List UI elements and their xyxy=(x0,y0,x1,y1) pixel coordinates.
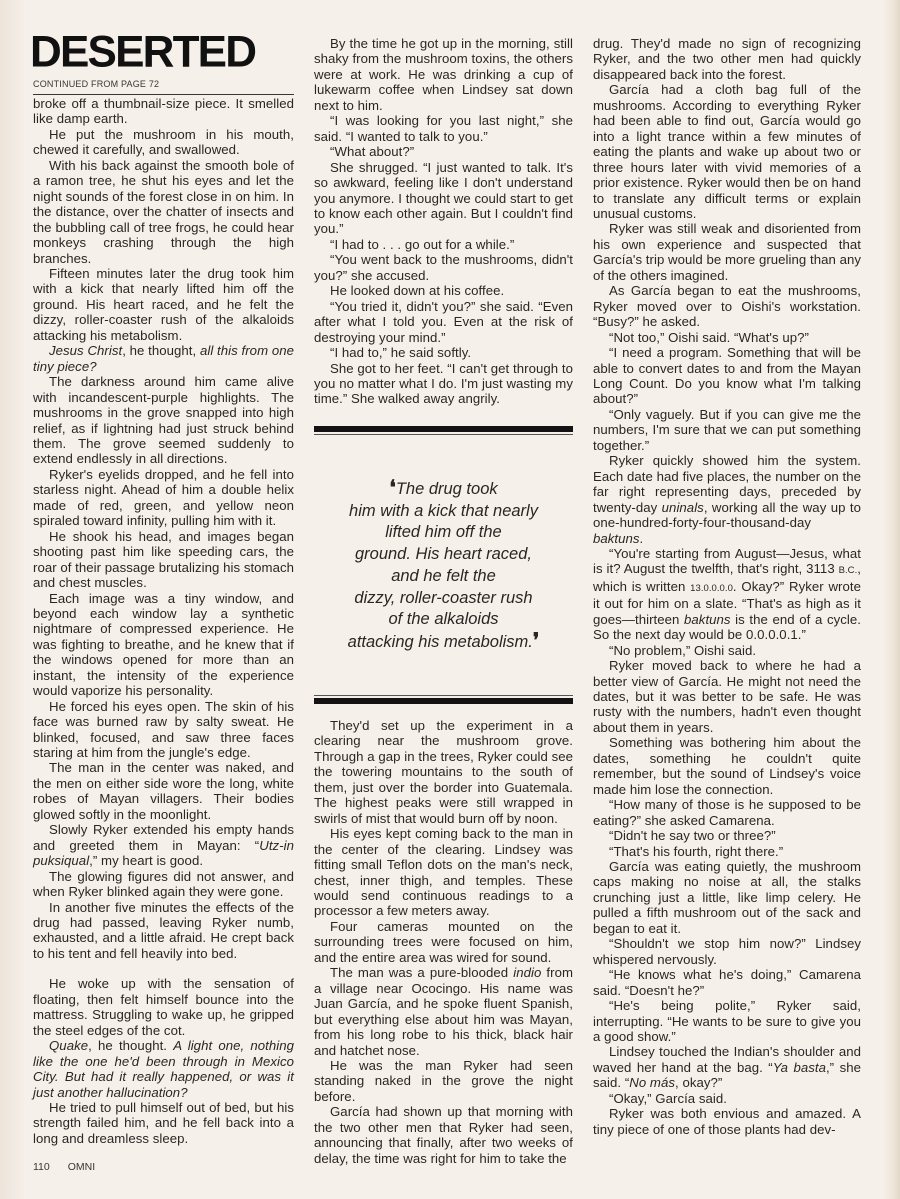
paragraph: By the time he got up in the morning, st… xyxy=(314,36,573,113)
paragraph: The glowing figures did not answer, and … xyxy=(33,869,294,900)
paragraph: “Okay,” García said. xyxy=(593,1091,861,1106)
paragraph: García was eating quietly, the mushroom … xyxy=(593,859,861,936)
paragraph: García had shown up that morning with th… xyxy=(314,1104,573,1166)
article-column-2-top: By the time he got up in the morning, st… xyxy=(314,36,573,407)
paragraph: Ryker's eyelids dropped, and he fell int… xyxy=(33,467,294,529)
paragraph: “No problem,” Oishi said. xyxy=(593,643,861,658)
page-number: 110 xyxy=(33,1161,50,1173)
paragraph: Quake, he thought. A light one, nothing … xyxy=(33,1038,294,1100)
paragraph: “That's his fourth, right there.” xyxy=(593,844,861,859)
close-quote-mark-icon: ❜ xyxy=(533,630,539,652)
pullquote: ❛The drug took him with a kick that near… xyxy=(314,478,573,654)
page-footer: 110OMNI xyxy=(33,1161,113,1173)
paragraph: Slowly Ryker extended his empty hands an… xyxy=(33,822,294,868)
paragraph: Ryker was still weak and disoriented fro… xyxy=(593,221,861,283)
paragraph: She shrugged. “I just wanted to talk. It… xyxy=(314,160,573,237)
italic-word: baktuns xyxy=(684,612,731,627)
paragraph: “I had to,” he said softly. xyxy=(314,345,573,360)
paragraph: Jesus Christ, he thought, all this from … xyxy=(33,343,294,374)
small-caps-era: B.C. xyxy=(839,565,858,576)
paragraph: “You tried it, didn't you?” she said. “E… xyxy=(314,299,573,345)
paragraph: “He's being polite,” Ryker said, interru… xyxy=(593,998,861,1044)
page-gutter-shadow xyxy=(0,0,26,1199)
paragraph: He woke up with the sensation of floatin… xyxy=(33,976,294,1038)
paragraph: Four cameras mounted on the surrounding … xyxy=(314,919,573,965)
italic-word: uninals xyxy=(662,500,704,515)
paragraph: García had a cloth bag full of the mushr… xyxy=(593,82,861,221)
article-column-3: drug. They'd made no sign of recognizing… xyxy=(593,36,861,1137)
italic-word: indio xyxy=(513,965,541,980)
paragraph: drug. They'd made no sign of recognizing… xyxy=(593,36,861,82)
paragraph: His eyes kept coming back to the man in … xyxy=(314,826,573,919)
italic-thought: Jesus Christ xyxy=(49,343,122,358)
paragraph: He forced his eyes open. The skin of his… xyxy=(33,699,294,761)
article-column-2-bottom: They'd set up the experiment in a cleari… xyxy=(314,718,573,1166)
pullquote-top-rule xyxy=(314,426,573,435)
paragraph: As García began to eat the mushrooms, Ry… xyxy=(593,283,861,329)
italic-word: baktuns xyxy=(593,531,640,546)
title-divider xyxy=(33,94,294,95)
paragraph: The man in the center was naked, and the… xyxy=(33,760,294,822)
italic-spanish: No más xyxy=(629,1075,675,1090)
paragraph: “You're starting from August—Jesus, what… xyxy=(593,546,861,643)
paragraph: He tried to pull himself out of bed, but… xyxy=(33,1100,294,1146)
paragraph: “Didn't he say two or three?” xyxy=(593,828,861,843)
paragraph: “Only vaguely. But if you can give me th… xyxy=(593,407,861,453)
paragraph: “How many of those is he supposed to be … xyxy=(593,797,861,828)
italic-spanish: Ya basta xyxy=(773,1060,826,1075)
long-count-date: 13.0.0.0.0 xyxy=(690,583,733,594)
magazine-name: OMNI xyxy=(68,1161,95,1173)
paragraph: “Not too,” Oishi said. “What's up?” xyxy=(593,330,861,345)
paragraph: Lindsey touched the Indian's shoulder an… xyxy=(593,1044,861,1090)
article-column-1: broke off a thumbnail-size piece. It sme… xyxy=(33,96,294,1146)
paragraph: The man was a pure-blooded indio from a … xyxy=(314,965,573,1058)
paragraph: “You went back to the mushrooms, didn't … xyxy=(314,252,573,283)
paragraph: Ryker was both envious and amazed. A tin… xyxy=(593,1106,861,1137)
paragraph: He was the man Ryker had seen standing n… xyxy=(314,1058,573,1104)
paragraph: “I was looking for you last night,” she … xyxy=(314,113,573,144)
italic-thought: Quake xyxy=(49,1038,88,1053)
paragraph: With his back against the smooth bole of… xyxy=(33,158,294,266)
paragraph: She got to her feet. “I can't get throug… xyxy=(314,361,573,407)
pullquote-bottom-rule xyxy=(314,695,573,704)
paragraph: The darkness around him came alive with … xyxy=(33,374,294,467)
paragraph: In another five minutes the effects of t… xyxy=(33,900,294,962)
paragraph: They'd set up the experiment in a cleari… xyxy=(314,718,573,826)
paragraph: “I need a program. Something that will b… xyxy=(593,345,861,407)
paragraph: broke off a thumbnail-size piece. It sme… xyxy=(33,96,294,127)
paragraph: Each image was a tiny window, and beyond… xyxy=(33,591,294,699)
paragraph: Ryker quickly showed him the system. Eac… xyxy=(593,453,861,546)
paragraph: “What about?” xyxy=(314,144,573,159)
paragraph: Ryker moved back to where he had a bette… xyxy=(593,658,861,735)
continued-from-label: CONTINUED FROM PAGE 72 xyxy=(33,79,159,89)
paragraph: He shook his head, and images began shoo… xyxy=(33,529,294,591)
paragraph: Something was bothering him about the da… xyxy=(593,735,861,797)
paragraph: “Shouldn't we stop him now?” Lindsey whi… xyxy=(593,936,861,967)
page-edge-shadow xyxy=(882,0,900,1199)
article-title: DESERTED xyxy=(30,30,255,75)
paragraph: He put the mushroom in his mouth, chewed… xyxy=(33,127,294,158)
paragraph: Fifteen minutes later the drug took him … xyxy=(33,266,294,343)
paragraph: He looked down at his coffee. xyxy=(314,283,573,298)
paragraph: “He knows what he's doing,” Camarena sai… xyxy=(593,967,861,998)
paragraph: “I had to . . . go out for a while.” xyxy=(314,237,573,252)
